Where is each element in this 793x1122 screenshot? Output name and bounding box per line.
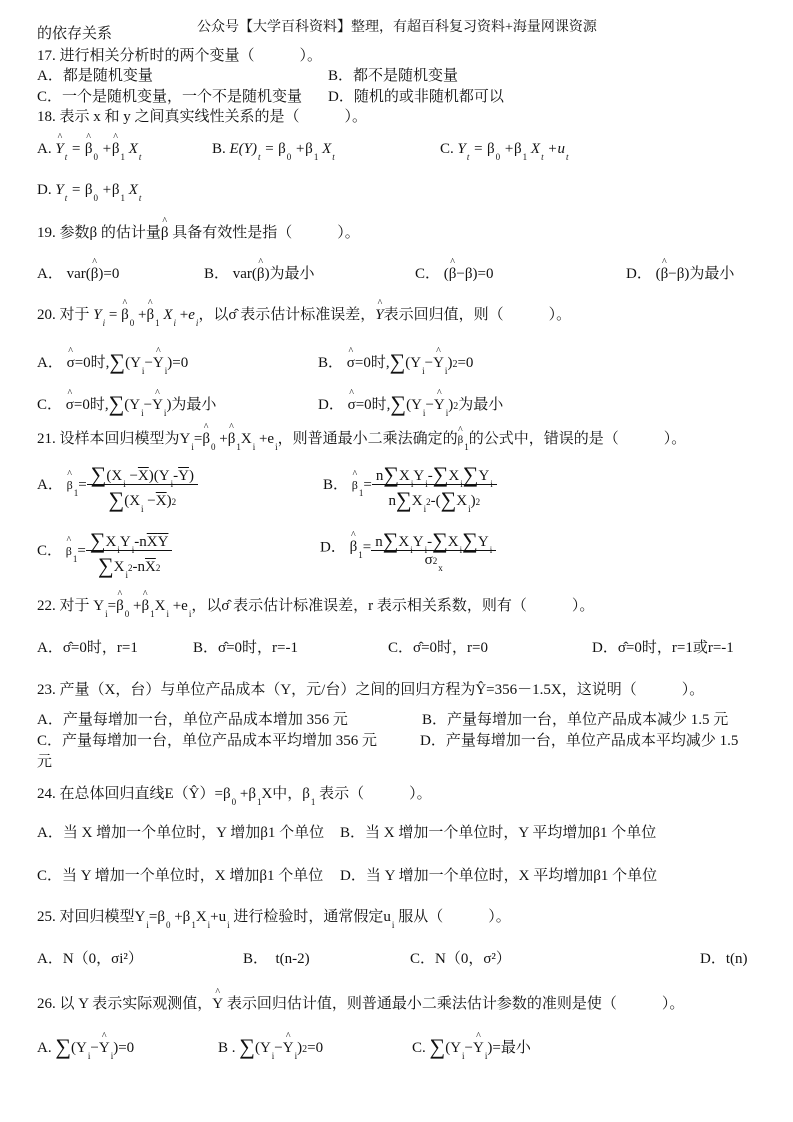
question-stem: 24. 在总体回归直线E（Ŷ）=β0 +β1X中，β1 表示（ ）。 (37, 787, 432, 802)
option-c: C. ∑(Yi−Yi)=最小 (412, 1034, 531, 1056)
option-c: C．产量每增加一台，单位产品成本平均增加 356 元 (37, 734, 377, 749)
option-a: A．产量每增加一台，单位产品成本增加 356 元 (37, 713, 348, 728)
option-c: C． β1=∑XiYi-nXY∑Xi2-nX2 (37, 528, 172, 575)
option-b: B．产量每增加一台，单位产品成本减少 1.5 元 (422, 713, 728, 728)
option-d: D． β1=n∑XiYi-∑Xi∑Yiσ2x (320, 528, 496, 568)
question-stem: 19. 参数β 的估计量β 具备有效性是指（ ）。 (37, 226, 360, 241)
option-d: D．t(n) (700, 952, 748, 967)
option-d: D． (β−β)为最小 (626, 267, 734, 282)
option-a: A．σ̂=0时，r=1 (37, 641, 138, 656)
option-b: B． β1=n∑XiYi-∑Xi∑Yin∑Xi2-(∑Xi)2 (323, 462, 497, 509)
option-c: C．一个是随机变量，一个不是随机变量 (37, 90, 302, 105)
option-b: B． var(β)为最小 (204, 267, 315, 282)
option-d: D． σ=0时,∑(Yi−Yi)2为最小 (318, 391, 503, 413)
continuation-text: 的依存关系 (37, 27, 112, 42)
option-d: D．随机的或非随机都可以 (328, 90, 504, 105)
option-a: A. ∑(Yi−Yi)=0 (37, 1034, 134, 1056)
option-b: B．σ̂=0时，r=-1 (193, 641, 298, 656)
option-b: B . ∑(Yi−Yi)2=0 (218, 1034, 323, 1056)
option-b: B．当 X 增加一个单位时，Y 平均增加β1 个单位 (340, 826, 656, 841)
question-stem: 20. 对于 Yi = β0 +β1 Xi +ei，以σ̂ 表示估计标准误差，Y… (37, 308, 571, 323)
option-c: C． (β−β)=0 (415, 267, 493, 282)
option-c: C. Yt = β0 +β1 Xt +ut (440, 142, 568, 157)
question-stem: 21. 设样本回归模型为Yi=β0 +β1Xi +ei，则普通最小二乘法确定的β… (37, 432, 686, 447)
watermark-header: 公众号【大学百科资料】整理，有超百科复习资料+海量网课资源 (197, 21, 597, 35)
option-a: A．N（0，σi²） (37, 952, 143, 967)
option-a: A． var(β)=0 (37, 267, 119, 282)
option-b: B. E(Y)t = β0 +β1 Xt (212, 142, 335, 157)
question-stem: 26. 以 Y 表示实际观测值，Y 表示回归估计值，则普通最小二乘法估计参数的准… (37, 997, 684, 1012)
question-stem: 18. 表示 x 和 y 之间真实线性关系的是（ ）。 (37, 110, 367, 125)
question-stem: 23. 产量（X，台）与单位产品成本（Y，元/台）之间的回归方程为Ŷ=356－1… (37, 683, 704, 698)
option-a: A．当 X 增加一个单位时，Y 增加β1 个单位 (37, 826, 324, 841)
question-stem: 25. 对回归模型Yi=β0 +β1Xi+ui 进行检验时，通常假定ui 服从（… (37, 910, 511, 925)
option-d: D. Yt = β0 +β1 Xt (37, 183, 141, 198)
option-b: B．都不是随机变量 (328, 69, 458, 84)
option-c: C．σ̂=0时，r=0 (388, 641, 488, 656)
option-d: D．σ̂=0时，r=1或r=-1 (592, 641, 734, 656)
option-d-continuation: 元 (37, 755, 52, 770)
question-stem: 17. 进行相关分析时的两个变量（ ）。 (37, 49, 322, 64)
question-stem: 22. 对于 Yi=β0 +β1Xi +ei，以σ̂ 表示估计标准误差，r 表示… (37, 599, 594, 614)
option-c: C．当 Y 增加一个单位时，X 增加β1 个单位 (37, 869, 323, 884)
option-b: B． σ=0时,∑(Yi−Yi)2=0 (318, 349, 473, 371)
option-d: D．当 Y 增加一个单位时，X 平均增加β1 个单位 (340, 869, 657, 884)
option-b: B． t(n-2) (243, 952, 310, 967)
option-c: C．N（0，σ²） (410, 952, 511, 967)
option-a: A．都是随机变量 (37, 69, 153, 84)
option-a: A． β1=∑(Xi −X)(Yi-Y)∑(Xi −X)2 (37, 462, 198, 509)
option-a: A． σ=0时,∑(Yi−Yi)=0 (37, 349, 188, 371)
option-a: A. Yt = β0 +β1 Xt (37, 142, 141, 157)
option-d: D．产量每增加一台，单位产品成本平均减少 1.5 (420, 734, 738, 749)
option-c: C． σ=0时,∑(Yi−Yi)为最小 (37, 391, 216, 413)
